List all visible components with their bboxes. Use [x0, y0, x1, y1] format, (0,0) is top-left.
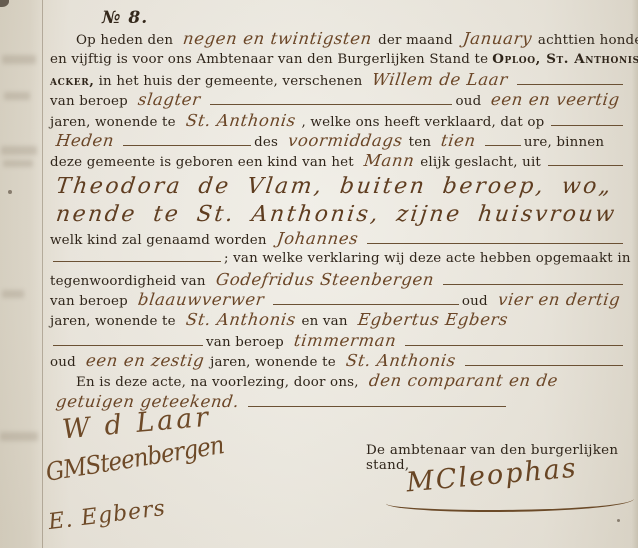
printed-text: van beroep: [50, 292, 128, 312]
printed-text: jaren, wonende te: [50, 312, 176, 332]
blank-rule: [53, 249, 221, 262]
printed-text: , welke ons heeft verklaard, dat op: [302, 113, 545, 133]
blank-rule: [210, 92, 453, 105]
act-line: nende te St. Anthonis, zijne huisvrouw: [50, 201, 626, 228]
act-number: № 8.: [102, 8, 626, 28]
handwritten-text: January: [462, 29, 533, 49]
handwritten-text: een en zestig: [85, 351, 206, 371]
handwritten-text: Theodora de Vlam, buiten beroep, wo„: [54, 173, 614, 200]
ink-bleed-mark: [3, 160, 33, 167]
act-line: acker,in het huis der gemeente, verschen…: [50, 70, 626, 90]
printed-text: Oploo, St. Anthonis: [492, 49, 638, 69]
printed-text: der maand: [378, 31, 453, 51]
printed-text: jaren, wonende te: [210, 353, 336, 373]
handwritten-text: Egbertus Egbers: [356, 310, 509, 330]
handwritten-text: vier en dertig: [497, 290, 622, 310]
act-line: jaren, wonende teSt. Anthonisen vanEgber…: [50, 310, 626, 330]
page-fold-line: [42, 0, 43, 548]
act-line: En is deze acte, na voorlezing, door ons…: [50, 371, 626, 391]
ink-bleed-mark: [2, 55, 36, 64]
handwritten-text: Heden: [55, 131, 116, 151]
paper-speck: [617, 519, 620, 522]
handwritten-text: St. Anthonis: [345, 351, 457, 371]
act-line: van beroepslagteroudeen en veertig: [50, 90, 626, 110]
blank-rule: [123, 133, 251, 146]
act-line: welk kind zal genaamd wordenJohannes: [50, 229, 626, 249]
handwritten-text: Mann: [363, 151, 416, 171]
handwritten-text: timmerman: [293, 331, 398, 351]
blank-rule: [53, 333, 203, 346]
printed-text: achttien honderd acht: [538, 31, 638, 51]
printed-text: en van: [302, 312, 348, 332]
act-line: Hedendesvoormiddagstentienure, binnen: [50, 131, 626, 151]
blank-rule: [443, 272, 623, 285]
printed-text: oud: [50, 353, 76, 373]
act-line: van beroepblaauwverweroudvier en dertig: [50, 290, 626, 310]
act-line: deze gemeente is geboren een kind van he…: [50, 151, 626, 171]
printed-text: van beroep: [206, 333, 284, 353]
handwritten-text: voormiddags: [287, 131, 404, 151]
handwritten-text: St. Anthonis: [185, 111, 297, 131]
printed-text: des: [254, 133, 278, 153]
ink-bleed-mark: [1, 146, 37, 155]
blank-rule: [551, 113, 623, 126]
printed-text: welk kind zal genaamd worden: [50, 231, 267, 251]
handwritten-text: Godefridus Steenbergen: [214, 270, 435, 290]
printed-text: in het huis der gemeente, verschenen: [99, 72, 363, 92]
blank-rule: [465, 353, 623, 366]
handwritten-text: Johannes: [275, 229, 359, 249]
handwritten-text: negen en twintigsten: [182, 29, 373, 49]
handwritten-text: blaauwverwer: [137, 290, 266, 310]
handwritten-text: tien: [440, 131, 477, 151]
printed-text: acker,: [50, 71, 95, 91]
blank-rule: [517, 72, 623, 85]
ink-bleed-mark: [2, 290, 24, 298]
printed-text: deze gemeente is geboren een kind van he…: [50, 153, 354, 173]
handwritten-text: nende te St. Anthonis, zijne huisvrouw: [54, 201, 618, 228]
handwritten-text: een en veertig: [490, 90, 621, 110]
act-line: Op heden dennegen en twintigstender maan…: [50, 29, 626, 49]
act-line: tegenwoordigheid vanGodefridus Steenberg…: [50, 270, 626, 290]
blank-rule: [273, 292, 459, 305]
paper-speck: [8, 190, 12, 194]
handwritten-text: Willem de Laar: [371, 70, 509, 90]
printed-text: van beroep: [50, 92, 128, 112]
ink-bleed-mark: [4, 92, 30, 100]
blank-rule: [548, 153, 623, 166]
printed-text: ; van welke verklaring wij deze acte heb…: [224, 249, 631, 269]
handwritten-text: slagter: [137, 90, 202, 110]
blank-rule: [248, 394, 506, 407]
act-line: Theodora de Vlam, buiten beroep, wo„: [50, 173, 626, 200]
printed-text: tegenwoordigheid van: [50, 272, 206, 292]
act-line: van beroeptimmerman: [50, 331, 626, 351]
act-line: jaren, wonende teSt. Anthonis, welke ons…: [50, 111, 626, 131]
printed-text: elijk geslacht, uit: [420, 153, 541, 173]
printed-text: oud: [455, 92, 481, 112]
printed-text: ure, binnen: [524, 133, 604, 153]
blank-rule: [405, 333, 623, 346]
blank-rule: [367, 231, 623, 244]
act-line: oudeen en zestigjaren, wonende teSt. Ant…: [50, 351, 626, 371]
blank-rule: [485, 133, 521, 146]
handwritten-text: den comparant en de: [367, 371, 559, 391]
printed-text: En is deze acte, na voorlezing, door ons…: [76, 373, 359, 393]
printed-text: Op heden den: [76, 31, 173, 51]
handwritten-text: St. Anthonis: [185, 310, 297, 330]
act-body: № 8. Op heden dennegen en twintigstender…: [50, 6, 626, 412]
ink-bleed-mark: [0, 432, 38, 441]
printed-text: en vijftig is voor ons Ambtenaar van den…: [50, 50, 488, 70]
printed-text: jaren, wonende te: [50, 113, 176, 133]
act-line: en vijftig is voor ons Ambtenaar van den…: [50, 49, 626, 69]
act-line: ; van welke verklaring wij deze acte heb…: [50, 249, 626, 269]
